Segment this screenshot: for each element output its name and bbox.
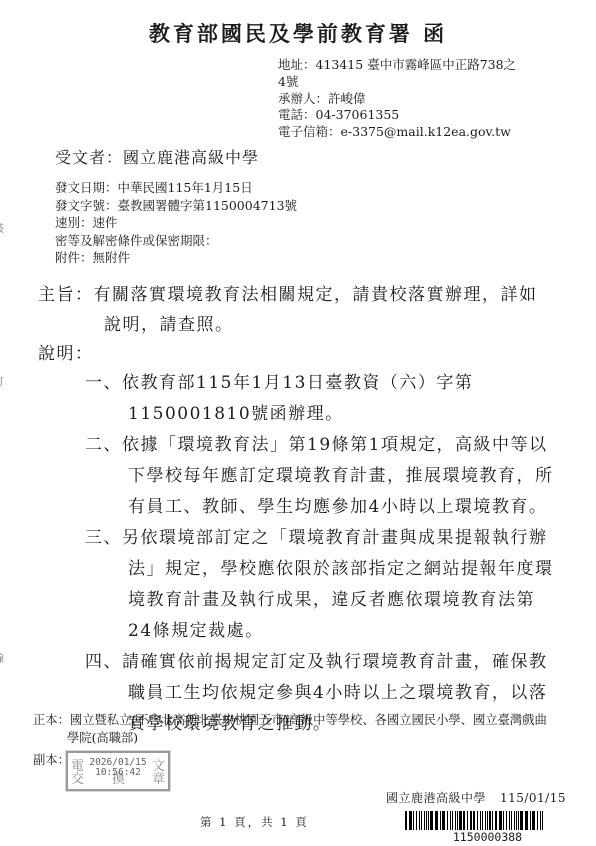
subject-text: 有關落實環境教育法相關規定，請貴校落實辦理，詳如說明，請查照。 bbox=[94, 285, 538, 335]
item-text: 另依環境部訂定之「環境教育計畫與成果提報執行辦法」規定，學校應依限於該部指定之網… bbox=[122, 528, 554, 641]
sender-email: 電子信箱：e-3375@mail.k12ea.gov.tw bbox=[278, 124, 522, 141]
document-meta-block: 發文日期：中華民國115年1月15日 發文字號：臺教國署體字第115000471… bbox=[55, 179, 297, 267]
binding-mark: 訂 bbox=[0, 373, 4, 388]
subject-label: 主旨： bbox=[38, 285, 94, 305]
barcode bbox=[405, 811, 570, 830]
explanation-items: 一、依教育部115年1月13日臺教資（六）字第1150001810號函辦理。 二… bbox=[85, 368, 555, 740]
receiving-date: 115/01/15 bbox=[500, 791, 566, 805]
item-number: 一、 bbox=[85, 373, 122, 393]
sender-contact-block: 地址：413415 臺中市霧峰區中正路738之4號 承辦人：許峻偉 電話：04-… bbox=[278, 57, 522, 141]
document-title: 教育部國民及學前教育署 函 bbox=[0, 18, 596, 48]
official-letter-page: 教育部國民及學前教育署 函 地址：413415 臺中市霧峰區中正路738之4號 … bbox=[0, 0, 596, 846]
item-number: 四、 bbox=[85, 652, 122, 672]
item-number: 三、 bbox=[85, 528, 122, 548]
item-text: 依據「環境教育法」第19條第1項規定，高級中等以下學校每年應訂定環境教育計畫，推… bbox=[122, 435, 554, 517]
barcode-number: 1150000388 bbox=[405, 830, 570, 844]
recipient-line: 受文者：國立鹿港高級中學 bbox=[55, 145, 259, 168]
original-copy-block: 正本：國立暨私立(不含北高新北臺中桃園五市)高級中等學校、各國立國民小學、國立臺… bbox=[33, 711, 557, 747]
explanation-label: 說明： bbox=[38, 339, 94, 364]
sender-address: 地址：413415 臺中市霧峰區中正路738之4號 bbox=[278, 57, 522, 91]
receiving-school-line: 國立鹿港高級中學115/01/15 bbox=[386, 789, 566, 806]
binding-mark: 線 bbox=[0, 650, 4, 665]
binding-mark: 裝 bbox=[0, 220, 4, 235]
electronic-document-exchange-stamp: 電 文 交 換 章 2026/01/15 10:56:42 bbox=[66, 751, 170, 791]
copy-to-label: 正本： bbox=[33, 713, 70, 727]
explanation-item: 一、依教育部115年1月13日臺教資（六）字第1150001810號函辦理。 bbox=[85, 368, 555, 430]
priority: 速別：速件 bbox=[55, 214, 297, 232]
subject-block: 主旨：有關落實環境教育法相關規定，請貴校落實辦理，詳如說明，請查照。 bbox=[38, 280, 552, 340]
item-number: 二、 bbox=[85, 435, 122, 455]
explanation-item: 三、另依環境部訂定之「環境教育計畫與成果提報執行辦法」規定，學校應依限於該部指定… bbox=[85, 523, 555, 647]
sender-contact-person: 承辦人：許峻偉 bbox=[278, 91, 522, 108]
receiving-school-name: 國立鹿港高級中學 bbox=[386, 791, 486, 805]
item-text: 依教育部115年1月13日臺教資（六）字第1150001810號函辦理。 bbox=[122, 373, 473, 424]
stamp-time: 10:56:42 bbox=[68, 767, 168, 778]
issue-number: 發文字號：臺教國署體字第1150004713號 bbox=[55, 197, 297, 215]
sender-phone: 電話：04-37061355 bbox=[278, 107, 522, 124]
attachment: 附件：無附件 bbox=[55, 249, 297, 267]
classification: 密等及解密條件或保密期限： bbox=[55, 232, 297, 250]
page-indicator: 第 1 頁，共 1 頁 bbox=[200, 814, 309, 830]
copy-to-text: 國立暨私立(不含北高新北臺中桃園五市)高級中等學校、各國立國民小學、國立臺灣戲曲… bbox=[67, 713, 547, 745]
explanation-item: 二、依據「環境教育法」第19條第1項規定，高級中等以下學校每年應訂定環境教育計畫… bbox=[85, 430, 555, 523]
cc-label: 副本： bbox=[33, 750, 70, 768]
issue-date: 發文日期：中華民國115年1月15日 bbox=[55, 179, 297, 197]
